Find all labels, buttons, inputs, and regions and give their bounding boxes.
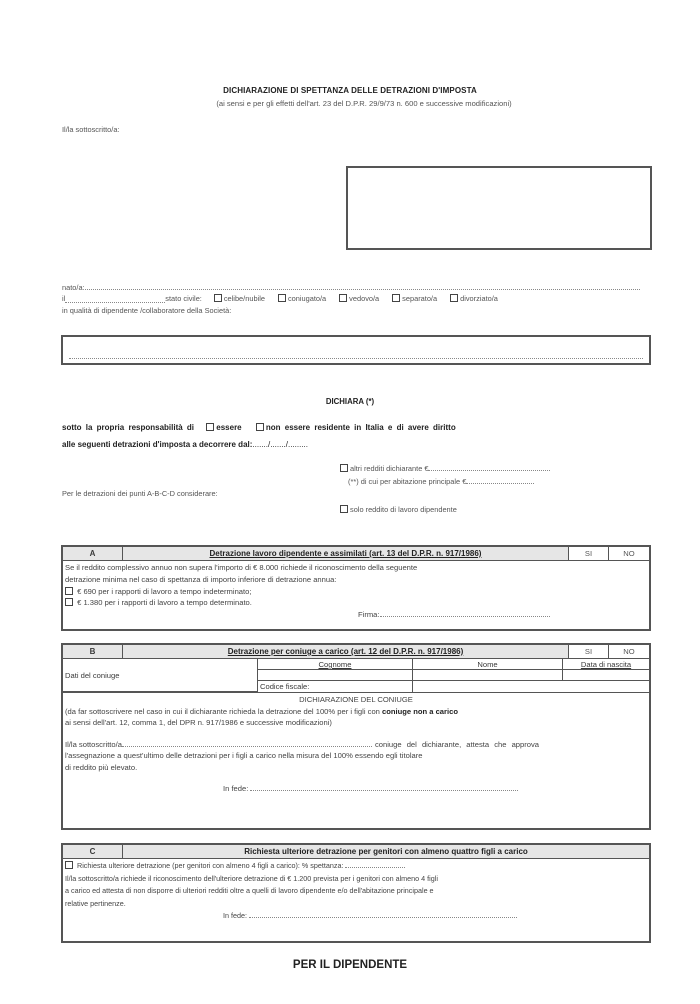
section-b-body: DICHIARAZIONE DEL CONIUGE (da far sottos… <box>63 693 649 796</box>
document-title: DICHIARAZIONE DI SPETTANZA DELLE DETRAZI… <box>0 86 700 95</box>
section-a-body: Se il reddito complessivo annuo non supe… <box>63 561 649 622</box>
main-home-row: (**) di cui per abitazione principale € <box>348 476 534 486</box>
section-a-letter: A <box>63 547 123 560</box>
section-a-header: A Detrazione lavoro dipendente e assimil… <box>63 547 649 561</box>
spouse-declaration-body: Il/la sottoscritto/aconiuge del dichiara… <box>65 739 647 751</box>
col-birthdate: Data di nascita <box>563 659 649 670</box>
section-a-text: Se il reddito complessivo annuo non supe… <box>65 562 647 574</box>
col-name: Nome <box>413 659 563 670</box>
section-c-signature-field[interactable] <box>249 910 517 918</box>
main-home-field[interactable] <box>466 476 534 484</box>
birthplace-label: nato/a: <box>62 283 85 292</box>
start-date-field[interactable]: ......./......./......... <box>252 440 308 449</box>
civil-status-single[interactable]: celibe/nubile <box>214 294 265 303</box>
section-b-signature-row: In fede: <box>65 783 647 795</box>
section-c-text: Il/la sottoscritto/a richiede il riconos… <box>65 873 647 886</box>
birthplace-row: nato/a: <box>62 282 652 292</box>
civil-status-married[interactable]: coniugato/a <box>278 294 326 303</box>
spouse-data-label: Dati del coniuge <box>63 659 258 692</box>
checkbox-icon <box>392 294 400 302</box>
section-c-text: a carico ed attesta di non disporre di u… <box>65 885 647 898</box>
consider-label: Per le detrazioni dei punti A-B-C-D cons… <box>62 489 218 498</box>
checkbox-icon <box>340 464 348 472</box>
footer-label: PER IL DIPENDENTE <box>0 959 700 971</box>
checkbox-icon <box>65 861 73 869</box>
section-c-option[interactable]: Richiesta ulteriore detrazione (per geni… <box>65 860 647 873</box>
residency-row: sotto la propria responsabilità di esser… <box>62 423 456 432</box>
checkbox-icon <box>65 587 73 595</box>
section-b-signature-field[interactable] <box>250 783 518 791</box>
section-c-title: Richiesta ulteriore detrazione per genit… <box>123 845 649 858</box>
tax-code-label: Codice fiscale: <box>258 681 413 692</box>
spouse-declaration-body: di reddito più elevato. <box>65 762 647 774</box>
checkbox-icon <box>214 294 222 302</box>
checkbox-icon <box>65 598 73 606</box>
section-c-body: Richiesta ulteriore detrazione (per geni… <box>63 859 649 924</box>
spouse-name-field[interactable] <box>413 670 563 681</box>
company-box[interactable] <box>61 335 651 365</box>
section-a-text: detrazione minima nel caso di spettanza … <box>65 574 647 586</box>
section-b-title: Detrazione per coniuge a carico (art. 12… <box>123 645 569 658</box>
declarant-name-box[interactable] <box>346 166 652 250</box>
spouse-data-table: Dati del coniuge Cognome Nome Data di na… <box>63 659 649 693</box>
section-c-header: C Richiesta ulteriore detrazione per gen… <box>63 845 649 859</box>
only-employment-option[interactable]: solo reddito di lavoro dipendente <box>340 505 457 514</box>
spouse-surname-field[interactable] <box>258 670 413 681</box>
start-date-row: alle seguenti detrazioni d'imposta a dec… <box>62 440 308 449</box>
declarant-label: Il/la sottoscritto/a: <box>62 125 120 134</box>
civil-status-row: il stato civile: celibe/nubile coniugato… <box>62 294 657 303</box>
spouse-declaration-note: ai sensi dell'art. 12, comma 1, del DPR … <box>65 717 647 729</box>
section-b-yes[interactable]: SI <box>569 645 609 658</box>
birthdate-field[interactable] <box>65 295 165 303</box>
section-b-no[interactable]: NO <box>609 645 649 658</box>
section-c: C Richiesta ulteriore detrazione per gen… <box>61 843 651 943</box>
residency-no-option[interactable]: non essere residente in Italia e di aver… <box>256 423 456 432</box>
section-a-option-indefinite[interactable]: € 690 per i rapporti di lavoro a tempo i… <box>65 586 647 598</box>
checkbox-icon <box>339 294 347 302</box>
company-field <box>69 351 643 359</box>
section-b: B Detrazione per coniuge a carico (art. … <box>61 643 651 830</box>
section-a-signature-field[interactable] <box>380 609 550 617</box>
section-a-no[interactable]: NO <box>609 547 649 560</box>
civil-status-divorced[interactable]: divorziato/a <box>450 294 498 303</box>
section-b-letter: B <box>63 645 123 658</box>
civil-status-widowed[interactable]: vedovo/a <box>339 294 379 303</box>
role-label: in qualità di dipendente /collaboratore … <box>62 306 231 315</box>
checkbox-icon <box>278 294 286 302</box>
other-income-row[interactable]: altri redditi dichiarante € <box>340 463 550 473</box>
section-b-header: B Detrazione per coniuge a carico (art. … <box>63 645 649 659</box>
col-surname: Cognome <box>258 659 413 670</box>
section-a-yes[interactable]: SI <box>569 547 609 560</box>
residency-yes-option[interactable]: essere <box>206 423 241 432</box>
section-a-option-fixed-term[interactable]: € 1.380 per i rapporti di lavoro a tempo… <box>65 597 647 609</box>
section-a-signature-row: Firma: <box>65 609 647 621</box>
birthplace-field[interactable] <box>85 282 640 290</box>
checkbox-icon <box>340 505 348 513</box>
section-c-text: relative pertinenze. <box>65 898 647 911</box>
spouse-declaration-note: (da far sottoscrivere nel caso in cui il… <box>65 706 647 718</box>
civil-status-label: stato civile: <box>165 294 202 303</box>
percentage-field[interactable] <box>345 860 405 868</box>
checkbox-icon <box>450 294 458 302</box>
spouse-declaration-body: l'assegnazione a quest'ultimo delle detr… <box>65 750 647 762</box>
section-a-title: Detrazione lavoro dipendente e assimilat… <box>123 547 569 560</box>
spouse-declaration-heading: DICHIARAZIONE DEL CONIUGE <box>65 694 647 706</box>
other-income-field[interactable] <box>428 463 550 471</box>
civil-status-separated[interactable]: separato/a <box>392 294 437 303</box>
declares-heading: DICHIARA (*) <box>0 397 700 406</box>
spouse-name-signature-field[interactable] <box>122 739 372 747</box>
spouse-birthdate-field[interactable] <box>563 670 649 681</box>
section-c-signature-row: In fede: <box>65 910 647 923</box>
tax-code-field[interactable] <box>413 681 649 692</box>
section-a: A Detrazione lavoro dipendente e assimil… <box>61 545 651 631</box>
section-c-letter: C <box>63 845 123 858</box>
checkbox-icon <box>206 423 214 431</box>
document-subtitle: (ai sensi e per gli effetti dell'art. 23… <box>0 99 700 108</box>
checkbox-icon <box>256 423 264 431</box>
